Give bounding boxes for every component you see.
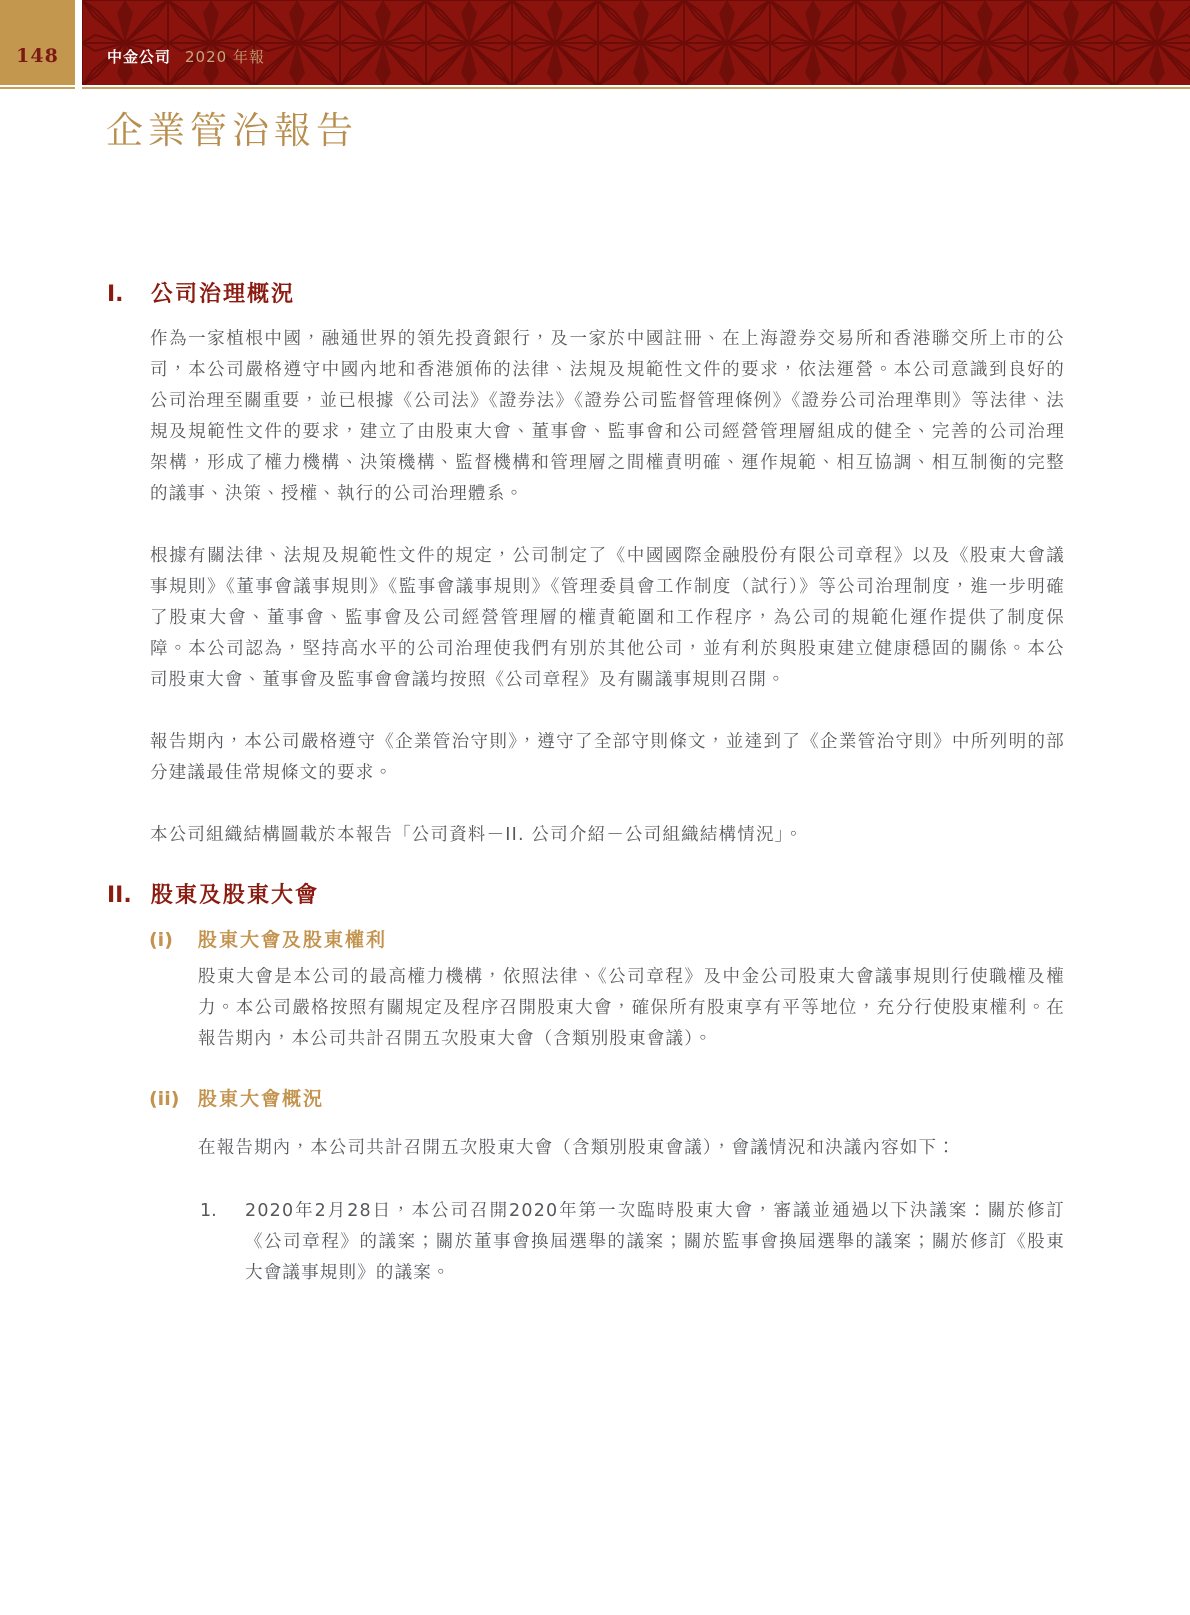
- section-2-heading: II. 股東及股東大會: [107, 878, 319, 909]
- subsection-ii-number: (ii): [149, 1088, 198, 1110]
- subsection-i-title: 股東大會及股東權利: [198, 925, 387, 952]
- list-item-1: 1. 2020年2月28日，本公司召開2020年第一次臨時股東大會，審議並通過以…: [200, 1196, 1065, 1289]
- asanoha-pattern-decoration: [82, 0, 1190, 85]
- header-rule-left: [0, 87, 75, 89]
- section-1-number: I.: [107, 282, 151, 307]
- page-number: 148: [16, 19, 59, 67]
- page-title: 企業管治報告: [106, 100, 358, 154]
- subsection-i-paragraph: 股東大會是本公司的最高權力機構，依照法律、《公司章程》及中金公司股東大會議事規則…: [198, 962, 1065, 1055]
- subsection-i-number: (i): [149, 929, 198, 951]
- section-1-heading: I. 公司治理概況: [107, 277, 295, 308]
- header-band: 中金公司2020 年報: [82, 0, 1190, 85]
- subsection-ii-paragraph: 在報告期內，本公司共計召開五次股東大會（含類別股東會議），會議情況和決議內容如下…: [198, 1133, 1065, 1164]
- header-rule-right: [82, 87, 1190, 89]
- subsection-ii-title: 股東大會概況: [198, 1084, 324, 1111]
- section-2-title: 股東及股東大會: [151, 878, 319, 909]
- company-name: 中金公司: [107, 48, 171, 66]
- section-1-paragraph-3: 報告期內，本公司嚴格遵守《企業管治守則》，遵守了全部守則條文，並達到了《企業管治…: [150, 727, 1065, 789]
- list-item-1-number: 1.: [200, 1196, 245, 1289]
- list-item-1-text: 2020年2月28日，本公司召開2020年第一次臨時股東大會，審議並通過以下決議…: [245, 1196, 1065, 1289]
- report-year: 2020 年報: [185, 48, 265, 66]
- section-1-paragraph-2: 根據有關法律、法規及規範性文件的規定，公司制定了《中國國際金融股份有限公司章程》…: [150, 541, 1065, 696]
- subsection-ii-heading: (ii) 股東大會概況: [149, 1084, 324, 1111]
- section-2-number: II.: [107, 883, 151, 908]
- section-1-paragraph-4: 本公司組織結構圖載於本報告「公司資料－II. 公司介紹－公司組織結構情況」。: [150, 820, 1065, 851]
- header-text: 中金公司2020 年報: [107, 46, 265, 67]
- section-1-paragraph-1: 作為一家植根中國，融通世界的領先投資銀行，及一家於中國註冊、在上海證券交易所和香…: [150, 324, 1065, 510]
- section-1-title: 公司治理概況: [151, 277, 295, 308]
- report-page: 148: [0, 0, 1190, 1615]
- page-number-block: 148: [0, 0, 75, 85]
- subsection-i-heading: (i) 股東大會及股東權利: [149, 925, 387, 952]
